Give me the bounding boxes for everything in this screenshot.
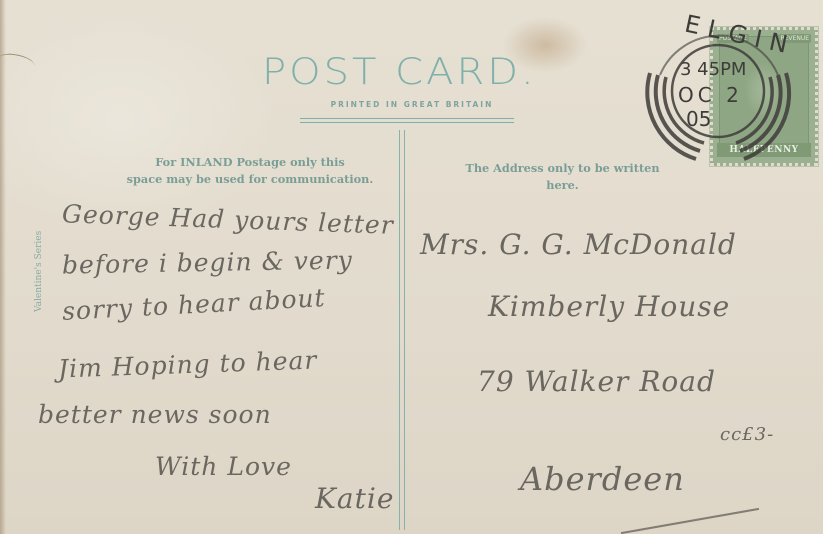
communication-instruction: For INLAND Postage only this space may b…: [100, 154, 400, 188]
postmark-date: OC 2: [678, 85, 743, 105]
address-house: Kimberly House: [488, 290, 730, 323]
title-rule-top: [300, 118, 514, 119]
instruction-line: For INLAND Postage only this: [100, 154, 400, 171]
address-recipient: Mrs. G. G. McDonald: [420, 228, 737, 261]
message-line: before i begin & very: [62, 245, 353, 279]
postcard-title: POST CARD.: [262, 54, 554, 91]
worn-edge: [0, 0, 6, 534]
instruction-line: space may be used for communication.: [100, 171, 400, 188]
divider-line-left: [399, 130, 400, 530]
postmark-year: 05: [686, 109, 711, 129]
divider-line-right: [404, 130, 405, 530]
message-line: Jim Hoping to hear: [58, 345, 318, 383]
postmark-time: 3 45PM: [680, 61, 746, 79]
message-line: George Had yours letter: [62, 199, 395, 240]
printed-in-note: PRINTED IN GREAT BRITAIN: [312, 100, 512, 109]
message-line: better news soon: [38, 400, 272, 429]
title-rule-bottom: [300, 122, 514, 123]
address-annotation: cc£3-: [720, 424, 774, 445]
postmark: ELGIN 3 45PM OC 2 05: [640, 15, 800, 175]
postcard: POST CARD. PRINTED IN GREAT BRITAIN For …: [0, 0, 823, 534]
publisher-label: Valentine's Series: [34, 212, 44, 312]
address-street: 79 Walker Road: [477, 365, 716, 398]
instruction-line: here.: [440, 177, 685, 194]
message-line: sorry to hear about: [61, 283, 326, 326]
address-city: Aberdeen: [520, 460, 685, 498]
message-signature: Katie: [315, 482, 394, 515]
message-signoff: With Love: [155, 452, 292, 481]
underline-stroke: [621, 508, 759, 534]
